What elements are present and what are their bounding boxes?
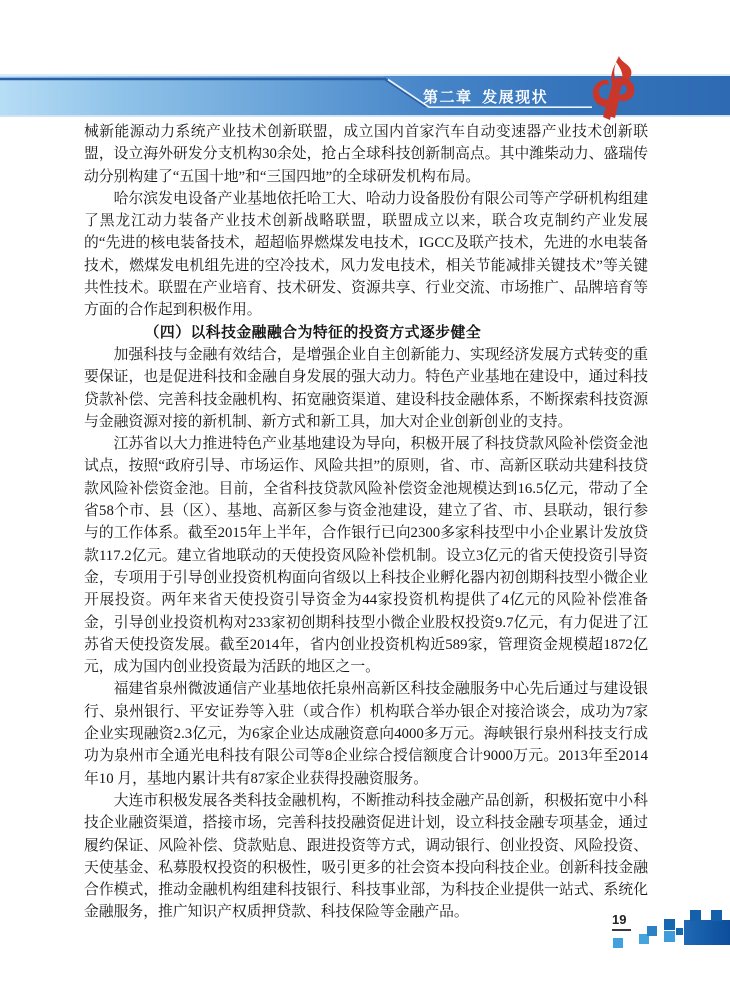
mosaic-block [613, 938, 623, 948]
page-number: 19 [612, 912, 634, 927]
chapter-title: 第二章 发展现状 [423, 88, 603, 108]
page-number-underline [612, 929, 631, 931]
mosaic-block [711, 910, 722, 921]
body-paragraph-1: 械新能源动力系统产业技术创新联盟，成立国内首家汽车自动变速器产业技术创新联盟，设… [84, 121, 648, 188]
mosaic-block [676, 928, 683, 935]
body-paragraph-4: 江苏省以大力推进特色产业基地建设为导向，积极开展了科技贷款风险补偿资金池试点，按… [84, 433, 648, 678]
section-heading: （四）以科技金融融合为特征的投资方式逐步健全 [84, 322, 648, 344]
mosaic-block [664, 931, 675, 942]
mosaic-block [690, 910, 701, 921]
mosaic-block [647, 926, 657, 936]
body-paragraph-2: 哈尔滨发电设备产业基地依托哈工大、哈动力设备股份有限公司等产学研机构组建了黑龙江… [84, 188, 648, 322]
mosaic-block [664, 919, 675, 930]
page-footer: 19 [600, 905, 730, 957]
mosaic-block-large [684, 920, 730, 945]
torch-logo-icon [591, 56, 637, 126]
body-paragraph-5: 福建省泉州微波通信产业基地依托泉州高新区科技金融服务中心先后通过与建设银行、泉州… [84, 678, 648, 789]
body-paragraph-6: 大连市积极发展各类科技金融机构，不断推动科技金融产品创新，积极拓宽中小科技企业融… [84, 790, 648, 924]
body-text-area: 械新能源动力系统产业技术创新联盟，成立国内首家汽车自动变速器产业技术创新联盟，设… [84, 121, 648, 924]
body-paragraph-3: 加强科技与金融有效结合，是增强企业自主创新能力、实现经济发展方式转变的重要保证，… [84, 344, 648, 433]
document-page: 第二章 发展现状 械新能源动力系统产业技术创新联盟，成立国内首家汽车自动变速器产… [0, 0, 730, 984]
